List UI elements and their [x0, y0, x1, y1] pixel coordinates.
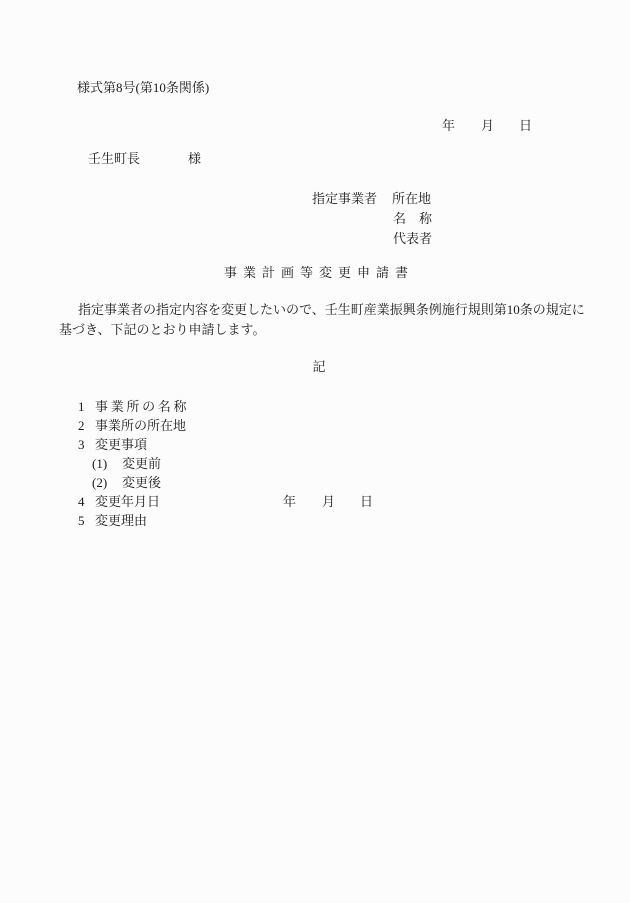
addressee-honorific: 様 — [188, 151, 201, 166]
addressee-line: 壬生町長様 — [88, 151, 201, 166]
form-number: 様式第8号(第10条関係) — [77, 80, 209, 95]
notation-ki: 記 — [59, 359, 579, 374]
list-subitem-after-change: (2)変更後 — [92, 475, 161, 490]
subitem-number: (2) — [92, 475, 122, 490]
document-title: 事業計画等変更申請書 — [59, 265, 579, 280]
header-date-day-label: 日 — [519, 118, 532, 133]
subitem-label: 変更前 — [122, 456, 161, 471]
header-date-month-label: 月 — [481, 118, 494, 133]
change-date-month-label: 月 — [322, 494, 335, 509]
addressee-name: 壬生町長 — [88, 151, 140, 166]
change-date-day-label: 日 — [360, 494, 373, 509]
applicant-name-label: 名称 — [393, 211, 445, 226]
item-number: 1 — [78, 399, 95, 414]
item-number: 5 — [78, 513, 95, 528]
item-number: 4 — [78, 494, 95, 509]
list-item-change-reason: 5変更理由 — [78, 513, 558, 528]
change-date-year-label: 年 — [283, 494, 296, 509]
item-label: 変更事項 — [95, 437, 147, 452]
applicant-address-line: 指定事業者所在地 — [312, 191, 431, 206]
body-paragraph-line1: 指定事業者の指定内容を変更したいので、壬生町産業振興条例施行規則第10条の規定に — [78, 302, 585, 317]
subitem-label: 変更後 — [122, 475, 161, 490]
header-date-year-label: 年 — [442, 118, 455, 133]
item-label: 事業所の名称 — [95, 399, 189, 414]
list-item-business-address: 2事業所の所在地 — [78, 418, 558, 433]
item-label: 事業所の所在地 — [95, 418, 186, 433]
change-date-line: 年月日 — [283, 494, 373, 509]
body-paragraph-line2: 基づき、下記のとおり申請します。 — [59, 322, 265, 337]
applicant-representative-line: 代表者 — [393, 231, 432, 246]
item-label: 変更理由 — [95, 513, 147, 528]
list-subitem-before-change: (1)変更前 — [92, 456, 161, 471]
applicant-role-label: 指定事業者 — [312, 191, 377, 206]
list-item-change-date: 4変更年月日年月日 — [78, 494, 558, 509]
item-number: 2 — [78, 418, 95, 433]
applicant-name-line: 名称 — [393, 211, 445, 226]
item-label: 変更年月日 — [95, 494, 160, 509]
applicant-representative-label: 代表者 — [393, 231, 432, 246]
header-date-line: 年月日 — [442, 118, 532, 133]
subitem-number: (1) — [92, 456, 122, 471]
list-item-business-name: 1事業所の名称 — [78, 399, 558, 414]
item-number: 3 — [78, 437, 95, 452]
applicant-address-label: 所在地 — [392, 191, 431, 206]
list-item-change-details: 3変更事項 — [78, 437, 558, 452]
document-page: 様式第8号(第10条関係) 年月日 壬生町長様 指定事業者所在地 名称 代表者 … — [0, 0, 630, 903]
